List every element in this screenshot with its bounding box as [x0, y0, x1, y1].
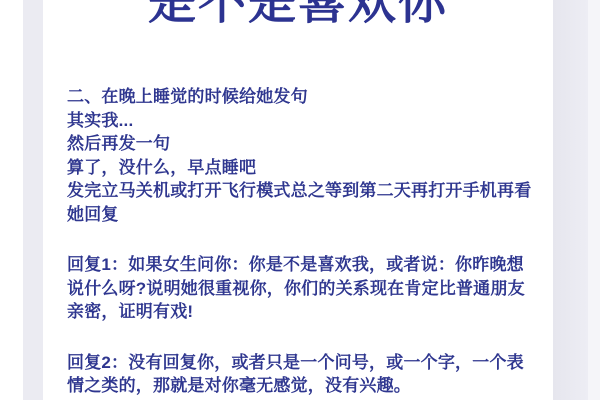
text-line: 说什么呀?说明她很重视你，你们的关系现在肯定比普通朋友 [67, 277, 537, 301]
text-line: 亲密，证明有戏! [67, 300, 537, 324]
paragraph-3: 回复2：没有回复你，或者只是一个问号，或一个字，一个表 情之类的，那就是对你毫无… [67, 351, 537, 398]
article-body: 二、在晚上睡觉的时候给她发句 其实我... 然后再发一句 算了，没什么，早点睡吧… [67, 85, 537, 398]
right-outer-margin [588, 0, 600, 400]
article-title: 是不是喜欢你 [43, 0, 553, 27]
paragraph-1: 二、在晚上睡觉的时候给她发句 其实我... 然后再发一句 算了，没什么，早点睡吧… [67, 85, 537, 226]
content-card: 是不是喜欢你 二、在晚上睡觉的时候给她发句 其实我... 然后再发一句 算了，没… [43, 0, 553, 400]
text-line: 回复2：没有回复你，或者只是一个问号，或一个字，一个表 [67, 351, 537, 375]
text-line: 她回复 [67, 203, 537, 227]
text-line: 算了，没什么，早点睡吧 [67, 156, 537, 180]
text-line: 然后再发一句 [67, 132, 537, 156]
text-line: 发完立马关机或打开飞行模式总之等到第二天再打开手机再看 [67, 179, 537, 203]
text-line: 二、在晚上睡觉的时候给她发句 [67, 85, 537, 109]
text-line: 情之类的，那就是对你毫无感觉，没有兴趣。 [67, 374, 537, 398]
text-line: 回复1：如果女生问你：你是不是喜欢我，或者说：你昨晚想 [67, 253, 537, 277]
left-margin-band [23, 0, 43, 400]
right-margin-band [553, 0, 588, 400]
paragraph-2: 回复1：如果女生问你：你是不是喜欢我，或者说：你昨晚想 说什么呀?说明她很重视你… [67, 253, 537, 324]
text-line: 其实我... [67, 109, 537, 133]
